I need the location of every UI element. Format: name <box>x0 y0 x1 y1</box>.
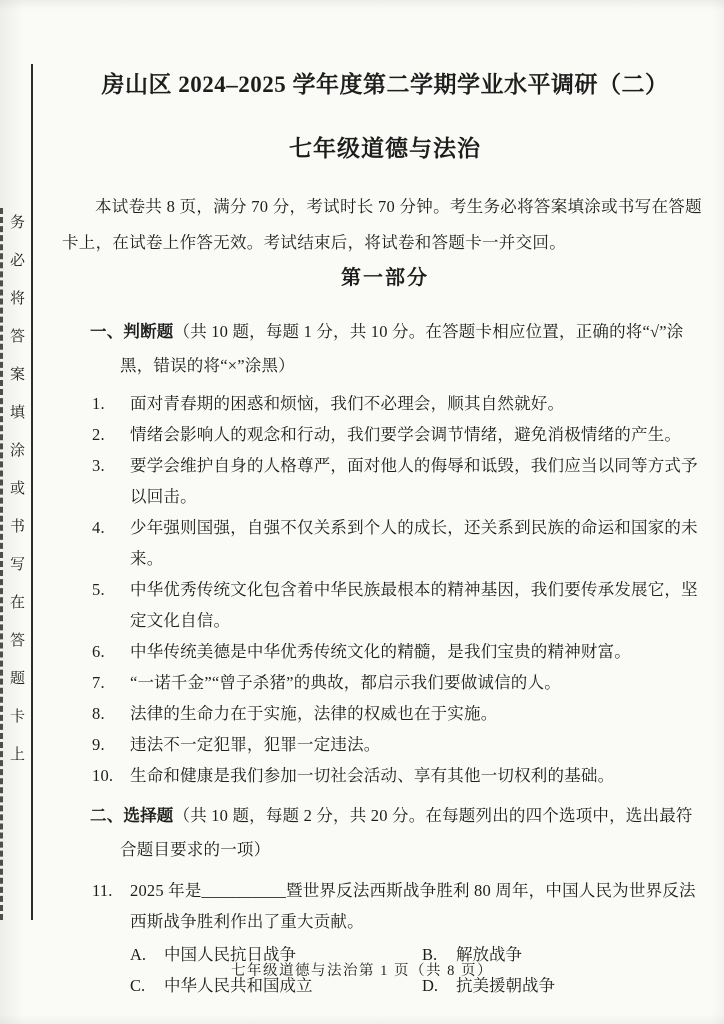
part-one-heading: 第一部分 <box>62 263 708 293</box>
item-number: 1. <box>92 388 130 419</box>
left-margin-dashed-rule <box>0 208 3 920</box>
item-text: “一诺千金”“曾子杀猪”的典故，都启示我们要做诚信的人。 <box>130 667 708 698</box>
item-number: 8. <box>92 698 130 729</box>
choice-section-heading: 二、选择题（共 10 题，每题 2 分，共 20 分。在每题列出的四个选项中，选… <box>90 799 708 867</box>
exam-paper-page: 务必将答案填涂或书写在答题卡上 房山区 2024–2025 学年度第二学期学业水… <box>0 0 724 1024</box>
item-text: 中华优秀传统文化包含着中华民族最根本的精神基因，我们要传承发展它，坚定文化自信。 <box>130 574 708 636</box>
judgement-section-label: 一、判断题 <box>90 322 174 341</box>
item-number: 2. <box>92 419 130 450</box>
item-number: 7. <box>92 667 130 698</box>
exam-subject-subtitle: 七年级道德与法治 <box>62 134 708 164</box>
question-text: 2025 年是__________暨世界反法西斯战争胜利 80 周年，中国人民为… <box>130 875 708 937</box>
judgement-item: 8. 法律的生命力在于实施，法律的权威也在于实施。 <box>92 698 708 729</box>
choice-section-instructions: （共 10 题，每题 2 分，共 20 分。在每题列出的四个选项中，选出最符合题… <box>120 806 693 859</box>
page-footer: 七年级道德与法治第 1 页（共 8 页） <box>0 959 724 980</box>
judgement-item: 6. 中华传统美德是中华优秀传统文化的精髓，是我们宝贵的精神财富。 <box>92 636 708 667</box>
judgement-item: 3. 要学会维护自身的人格尊严，面对他人的侮辱和诋毁，我们应当以同等方式予以回击… <box>92 450 708 512</box>
item-number: 3. <box>92 450 130 512</box>
judgement-item: 2. 情绪会影响人的观念和行动，我们要学会调节情绪，避免消极情绪的产生。 <box>92 419 708 450</box>
judgement-item: 5. 中华优秀传统文化包含着中华民族最根本的精神基因，我们要传承发展它，坚定文化… <box>92 574 708 636</box>
item-text: 面对青春期的困惑和烦恼，我们不必理会，顺其自然就好。 <box>130 388 708 419</box>
question-number: 11. <box>92 875 130 937</box>
item-number: 9. <box>92 729 130 760</box>
exam-content: 房山区 2024–2025 学年度第二学期学业水平调研（二） 七年级道德与法治 … <box>62 0 708 1001</box>
left-margin-solid-rule <box>31 64 33 920</box>
judgement-item: 1. 面对青春期的困惑和烦恼，我们不必理会，顺其自然就好。 <box>92 388 708 419</box>
judgement-items-list: 1. 面对青春期的困惑和烦恼，我们不必理会，顺其自然就好。 2. 情绪会影响人的… <box>62 388 708 791</box>
item-text: 情绪会影响人的观念和行动，我们要学会调节情绪，避免消极情绪的产生。 <box>130 419 708 450</box>
exam-title: 房山区 2024–2025 学年度第二学期学业水平调研（二） <box>62 70 708 100</box>
judgement-section-instructions: （共 10 题，每题 1 分，共 10 分。在答题卡相应位置，正确的将“√”涂黑… <box>120 322 684 375</box>
choice-section-label: 二、选择题 <box>90 806 174 825</box>
item-text: 中华传统美德是中华优秀传统文化的精髓，是我们宝贵的精神财富。 <box>130 636 708 667</box>
item-number: 10. <box>92 760 130 791</box>
judgement-item: 10. 生命和健康是我们参加一切社会活动、享有其他一切权利的基础。 <box>92 760 708 791</box>
question-row: 11. 2025 年是__________暨世界反法西斯战争胜利 80 周年，中… <box>92 875 708 937</box>
exam-instructions: 本试卷共 8 页，满分 70 分，考试时长 70 分钟。考生务必将答案填涂或书写… <box>62 189 708 261</box>
item-text: 少年强则国强，自强不仅关系到个人的成长，还关系到民族的命运和国家的未来。 <box>130 512 708 574</box>
judgement-item: 4. 少年强则国强，自强不仅关系到个人的成长，还关系到民族的命运和国家的未来。 <box>92 512 708 574</box>
item-text: 要学会维护自身的人格尊严，面对他人的侮辱和诋毁，我们应当以同等方式予以回击。 <box>130 450 708 512</box>
item-text: 违法不一定犯罪，犯罪一定违法。 <box>130 729 708 760</box>
judgement-section-heading: 一、判断题（共 10 题，每题 1 分，共 10 分。在答题卡相应位置，正确的将… <box>90 315 708 383</box>
choice-question-11: 11. 2025 年是__________暨世界反法西斯战争胜利 80 周年，中… <box>62 875 708 1001</box>
item-text: 生命和健康是我们参加一切社会活动、享有其他一切权利的基础。 <box>130 760 708 791</box>
margin-notice-vertical-text: 务必将答案填涂或书写在答题卡上 <box>6 214 27 784</box>
item-text: 法律的生命力在于实施，法律的权威也在于实施。 <box>130 698 708 729</box>
item-number: 4. <box>92 512 130 574</box>
item-number: 5. <box>92 574 130 636</box>
judgement-item: 9. 违法不一定犯罪，犯罪一定违法。 <box>92 729 708 760</box>
judgement-item: 7. “一诺千金”“曾子杀猪”的典故，都启示我们要做诚信的人。 <box>92 667 708 698</box>
item-number: 6. <box>92 636 130 667</box>
